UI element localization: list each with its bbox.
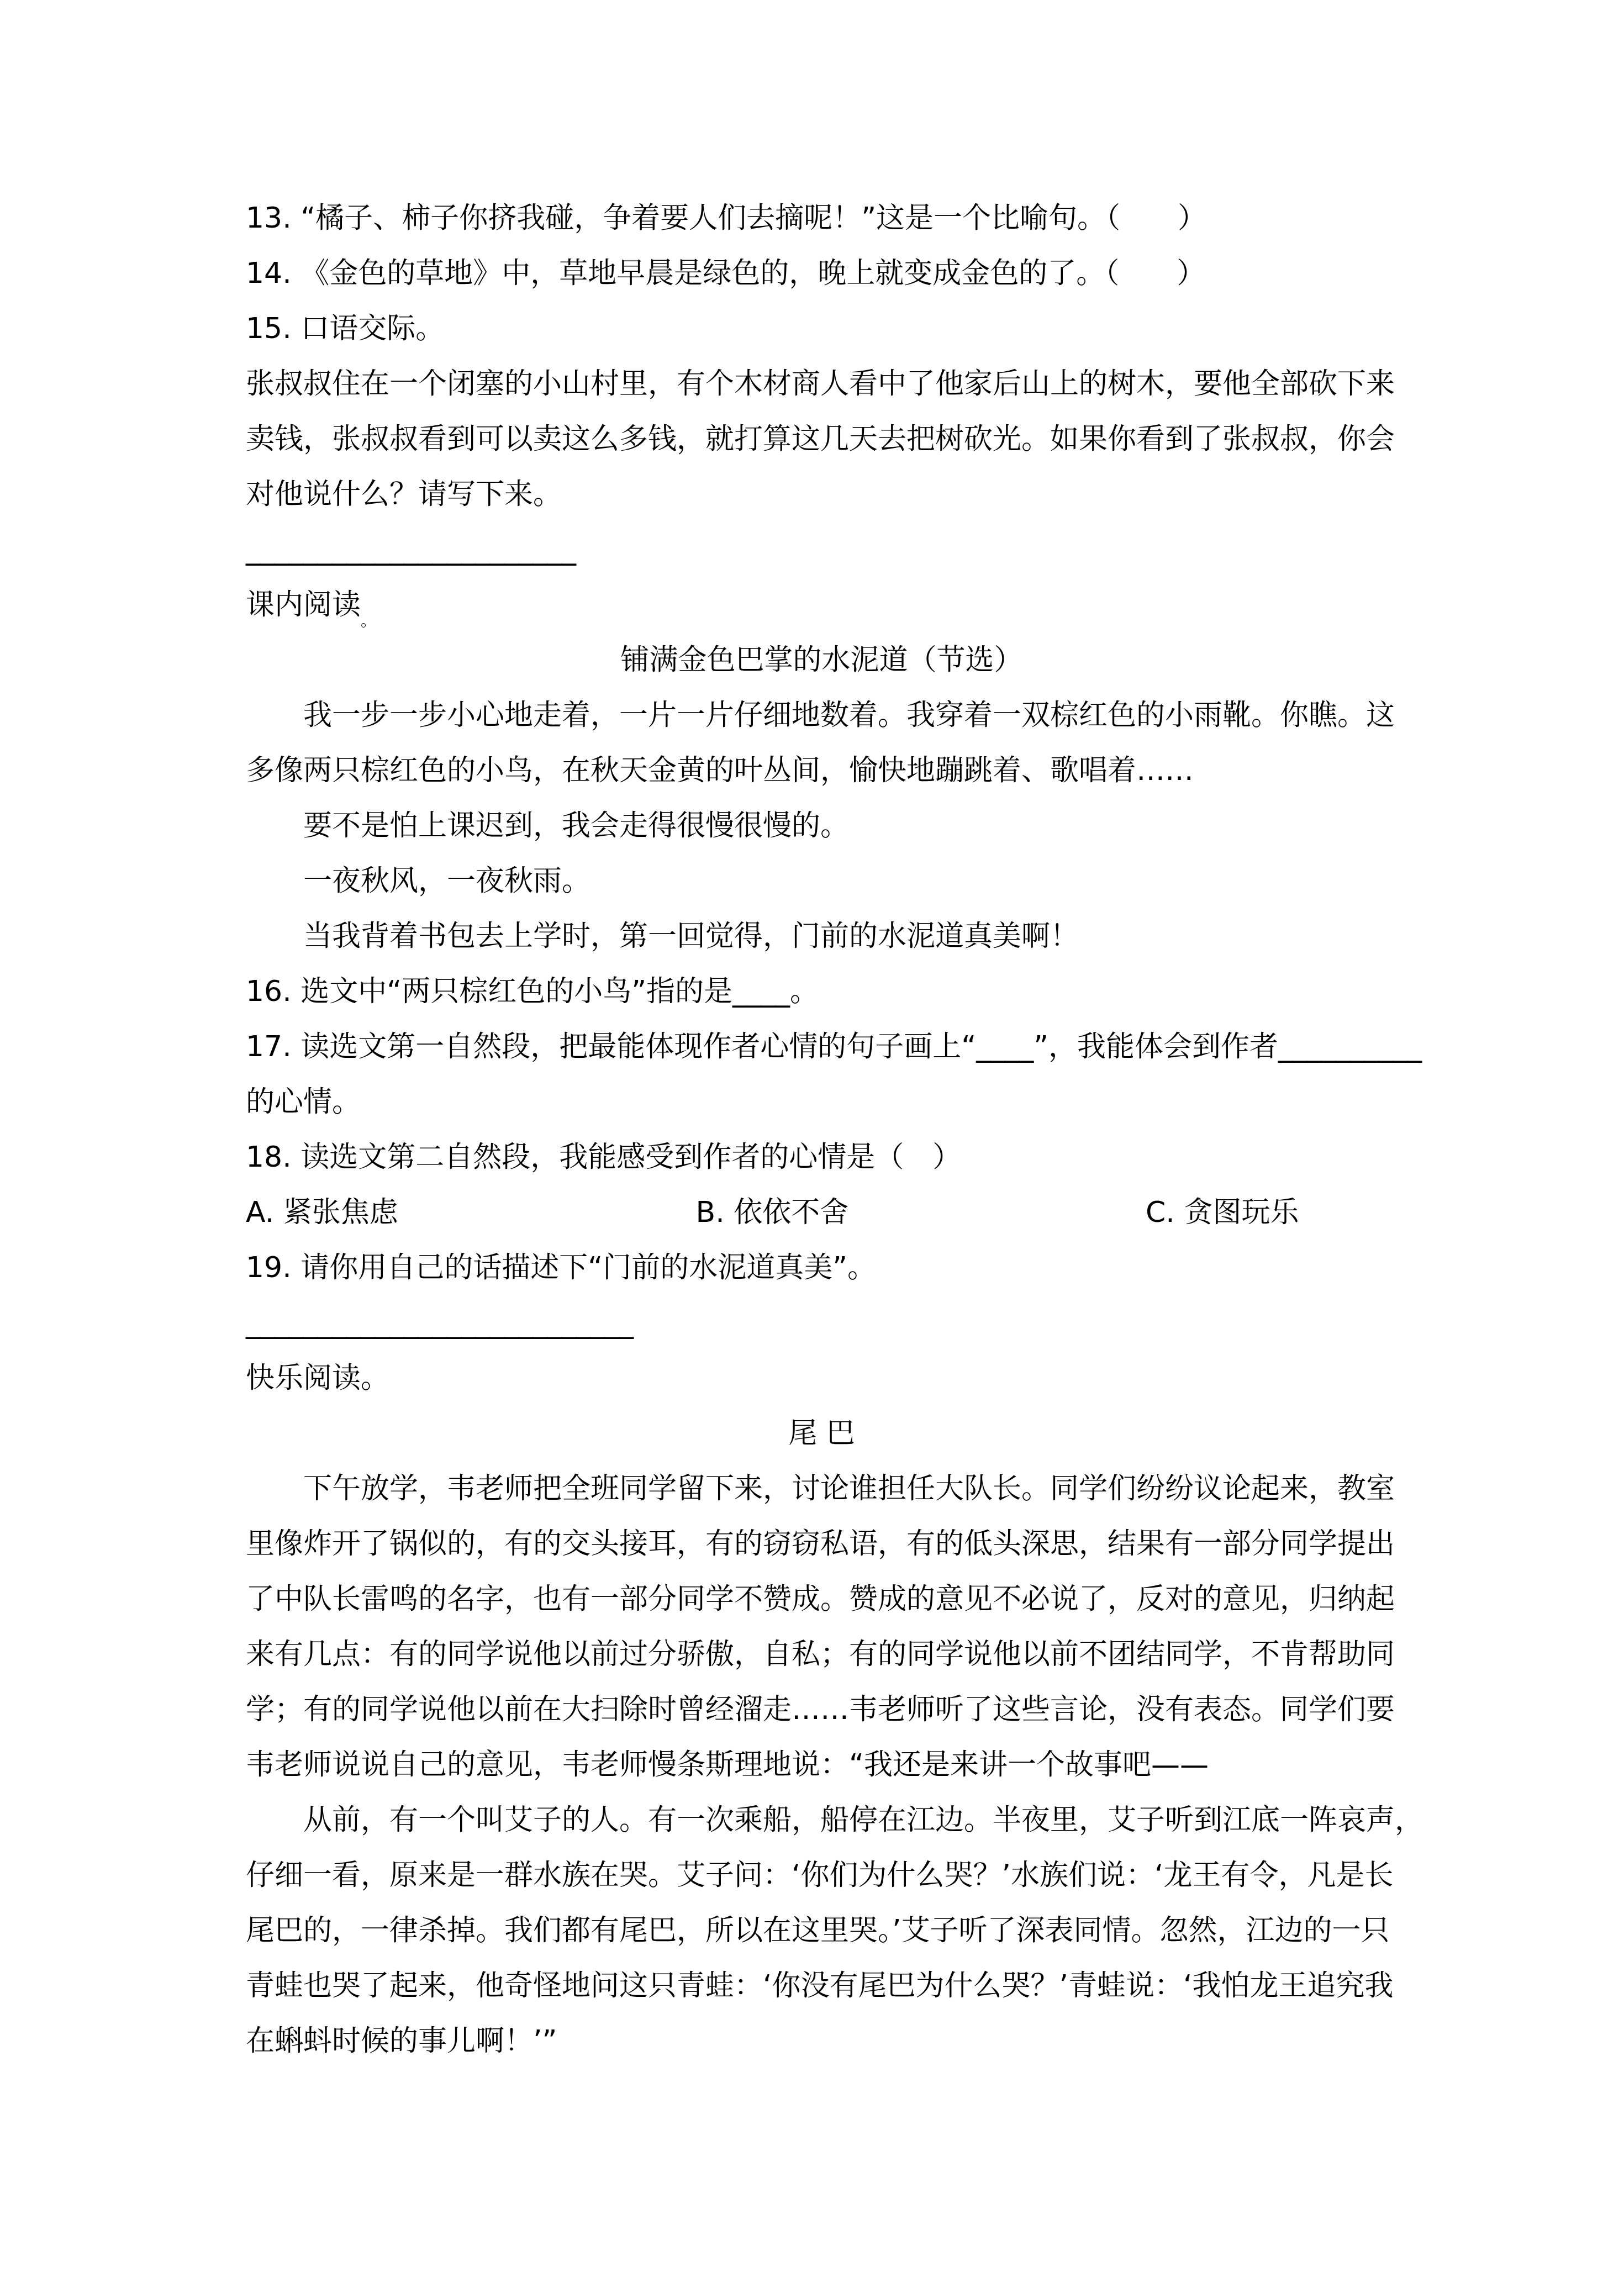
answer-blank-line: ___________________________: [246, 1295, 1398, 1351]
answer-blank-line: _______________________: [246, 522, 1398, 577]
story-line: 学；有的同学说他以前在大扫除时曾经溜走……韦老师听了这些言论，没有表态。同学们要: [246, 1682, 1398, 1737]
question-18: 18. 读选文第二自然段，我能感受到作者的心情是（ ）: [246, 1130, 1398, 1185]
story-line: 从前，有一个叫艾子的人。有一次乘船，船停在江边。半夜里，艾子听到江底一阵哀声，: [246, 1793, 1398, 1848]
story-title: 尾 巴: [246, 1406, 1398, 1461]
question-16: 16. 选文中“两只棕红色的小鸟”指的是____。: [246, 964, 1398, 1019]
question-19: 19. 请你用自己的话描述下“门前的水泥道真美”。: [246, 1240, 1398, 1295]
story-line: 下午放学，韦老师把全班同学留下来，讨论谁担任大队长。同学们纷纷议论起来，教室: [246, 1461, 1398, 1516]
passage-line: 我一步一步小心地走着，一片一片仔细地数着。我穿着一双棕红色的小雨靴。你瞧。这: [246, 688, 1398, 743]
question-17: 17. 读选文第一自然段，把最能体现作者心情的句子画上“____”，我能体会到作…: [246, 1019, 1398, 1074]
passage-line: 多像两只棕红色的小鸟，在秋天金黄的叶丛间，愉快地蹦跳着、歌唱着……: [246, 743, 1398, 798]
passage-line: 一夜秋风，一夜秋雨。: [246, 853, 1398, 909]
section-header-label: 课内阅读: [246, 588, 361, 621]
story-line: 尾巴的，一律杀掉。我们都有尾巴，所以在这里哭。’艾子听了深表同情。忽然，江边的一…: [246, 1903, 1398, 1958]
passage-title: 铺满金色巴掌的水泥道（节选）: [246, 632, 1398, 688]
option-b: B. 依依不舍: [696, 1185, 1137, 1240]
story-line: 里像炸开了锅似的，有的交头接耳，有的窃窃私语，有的低头深思，结果有一部分同学提出: [246, 1516, 1398, 1572]
section-header-reading-in-class: 课内阅读。: [246, 577, 1398, 632]
oral-prompt-line: 张叔叔住在一个闭塞的小山村里，有个木材商人看中了他家后山上的树木，要他全部砍下来: [246, 356, 1398, 412]
story-line: 在蝌蚪时候的事儿啊！’”: [246, 2013, 1398, 2069]
section-header-period: 。: [361, 612, 376, 630]
question-17-continuation: 的心情。: [246, 1074, 1398, 1130]
exam-page: 13. “橘子、柿子你挤我碰，争着要人们去摘呢！”这是一个比喻句。（ ） 14.…: [246, 191, 1398, 2069]
story-line: 韦老师说说自己的意见，韦老师慢条斯理地说：“我还是来讲一个故事吧——: [246, 1737, 1398, 1793]
story-line: 青蛙也哭了起来，他奇怪地问这只青蛙：‘你没有尾巴为什么哭？’青蛙说：‘我怕龙王追…: [246, 1958, 1398, 2013]
question-14: 14. 《金色的草地》中，草地早晨是绿色的，晚上就变成金色的了。（ ）: [246, 246, 1398, 301]
oral-prompt-line: 卖钱，张叔叔看到可以卖这么多钱，就打算这几天去把树砍光。如果你看到了张叔叔，你会: [246, 412, 1398, 467]
option-a: A. 紧张焦虑: [246, 1185, 687, 1240]
option-c: C. 贪图玩乐: [1146, 1185, 1299, 1240]
passage-line: 当我背着书包去上学时，第一回觉得，门前的水泥道真美啊！: [246, 909, 1398, 964]
story-line: 仔细一看，原来是一群水族在哭。艾子问：‘你们为什么哭？’水族们说：‘龙王有令，凡…: [246, 1848, 1398, 1903]
story-line: 来有几点：有的同学说他以前过分骄傲，自私；有的同学说他以前不团结同学，不肯帮助同: [246, 1627, 1398, 1682]
question-15-heading: 15. 口语交际。: [246, 301, 1398, 356]
question-13: 13. “橘子、柿子你挤我碰，争着要人们去摘呢！”这是一个比喻句。（ ）: [246, 191, 1398, 246]
story-line: 了中队长雷鸣的名字，也有一部分同学不赞成。赞成的意见不必说了，反对的意见，归纳起: [246, 1572, 1398, 1627]
question-18-options-row: A. 紧张焦虑 B. 依依不舍 C. 贪图玩乐: [246, 1185, 1398, 1240]
passage-line: 要不是怕上课迟到，我会走得很慢很慢的。: [246, 798, 1398, 853]
oral-prompt-line: 对他说什么？请写下来。: [246, 467, 1398, 522]
section-header-happy-reading: 快乐阅读。: [246, 1351, 1398, 1406]
